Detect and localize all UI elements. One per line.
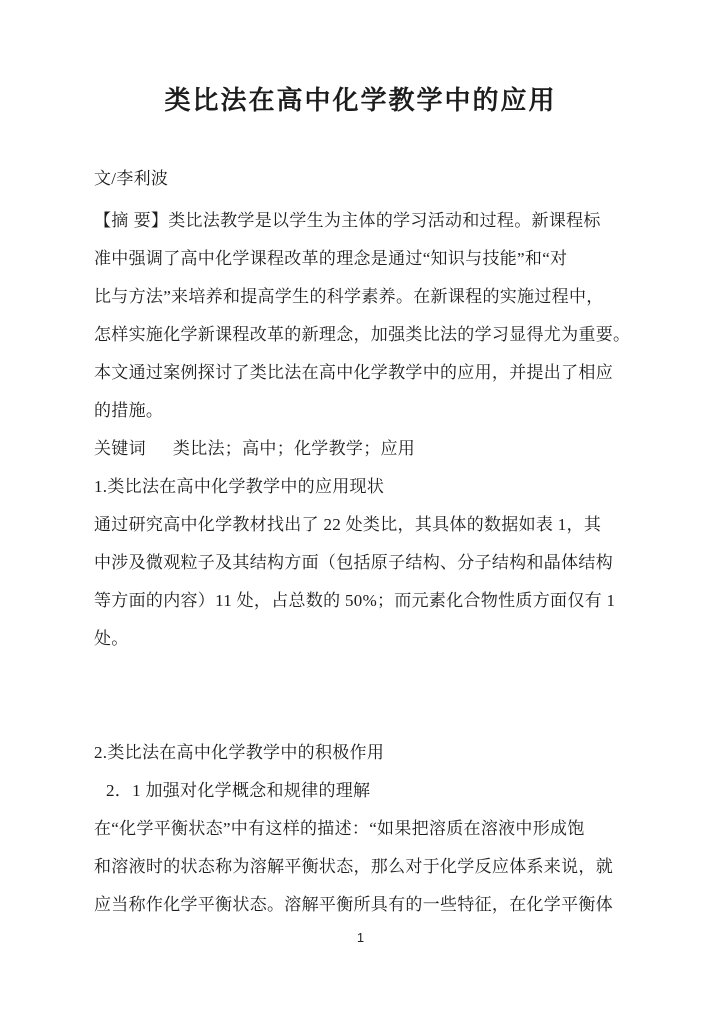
section1-line-1: 通过研究高中化学教材找出了 22 处类比，其具体的数据如表 1，其	[94, 514, 601, 536]
abstract-line-6: 的措施。	[94, 400, 163, 422]
section2-line-3: 应当称作化学平衡状态。溶解平衡所具有的一些特征，在化学平衡体	[94, 894, 613, 916]
abstract-line-2: 准中强调了高中化学课程改革的理念是通过“知识与技能”和“对	[94, 248, 567, 270]
document-title: 类比法在高中化学教学中的应用	[0, 86, 721, 116]
section2-heading: 2.类比法在高中化学教学中的积极作用	[94, 742, 384, 764]
section1-line-3: 等方面的内容）11 处，占总数的 50%；而元素化合物性质方面仅有 1	[94, 590, 615, 612]
section1-line-2: 中涉及微观粒子及其结构方面（包括原子结构、分子结构和晶体结构	[94, 552, 613, 574]
abstract-line-3: 比与方法”来培养和提高学生的科学素养。在新课程的实施过程中，	[94, 286, 604, 308]
abstract-line-1-text: 类比法教学是以学生为主体的学习活动和过程。新课程标	[168, 211, 601, 230]
byline: 文/李利波	[94, 168, 168, 190]
page-number: 1	[0, 930, 721, 946]
keywords-line: 关键词类比法；高中；化学教学；应用	[94, 438, 415, 460]
section2-line-1: 在“化学平衡状态”中有这样的描述：“如果把溶质在溶液中形成饱	[94, 818, 585, 840]
section2-line-2: 和溶液时的状态称为溶解平衡状态，那么对于化学反应体系来说，就	[94, 856, 613, 878]
keywords-items: 类比法；高中；化学教学；应用	[173, 439, 415, 458]
abstract-line-1: 【摘 要】类比法教学是以学生为主体的学习活动和过程。新课程标	[94, 210, 601, 232]
section2-subheading: 2．1 加强对化学概念和规律的理解	[106, 780, 370, 802]
document-page: 类比法在高中化学教学中的应用 文/李利波 【摘 要】类比法教学是以学生为主体的学…	[0, 0, 721, 1020]
abstract-line-5: 本文通过案例探讨了类比法在高中化学教学中的应用，并提出了相应	[94, 362, 613, 384]
abstract-label: 【摘 要】	[94, 211, 168, 230]
section1-heading: 1.类比法在高中化学教学中的应用现状	[94, 476, 384, 498]
keywords-label: 关键词	[94, 439, 146, 458]
section1-line-4: 处。	[94, 628, 129, 650]
abstract-line-4: 怎样实施化学新课程改革的新理念，加强类比法的学习显得尤为重要。	[94, 324, 630, 346]
